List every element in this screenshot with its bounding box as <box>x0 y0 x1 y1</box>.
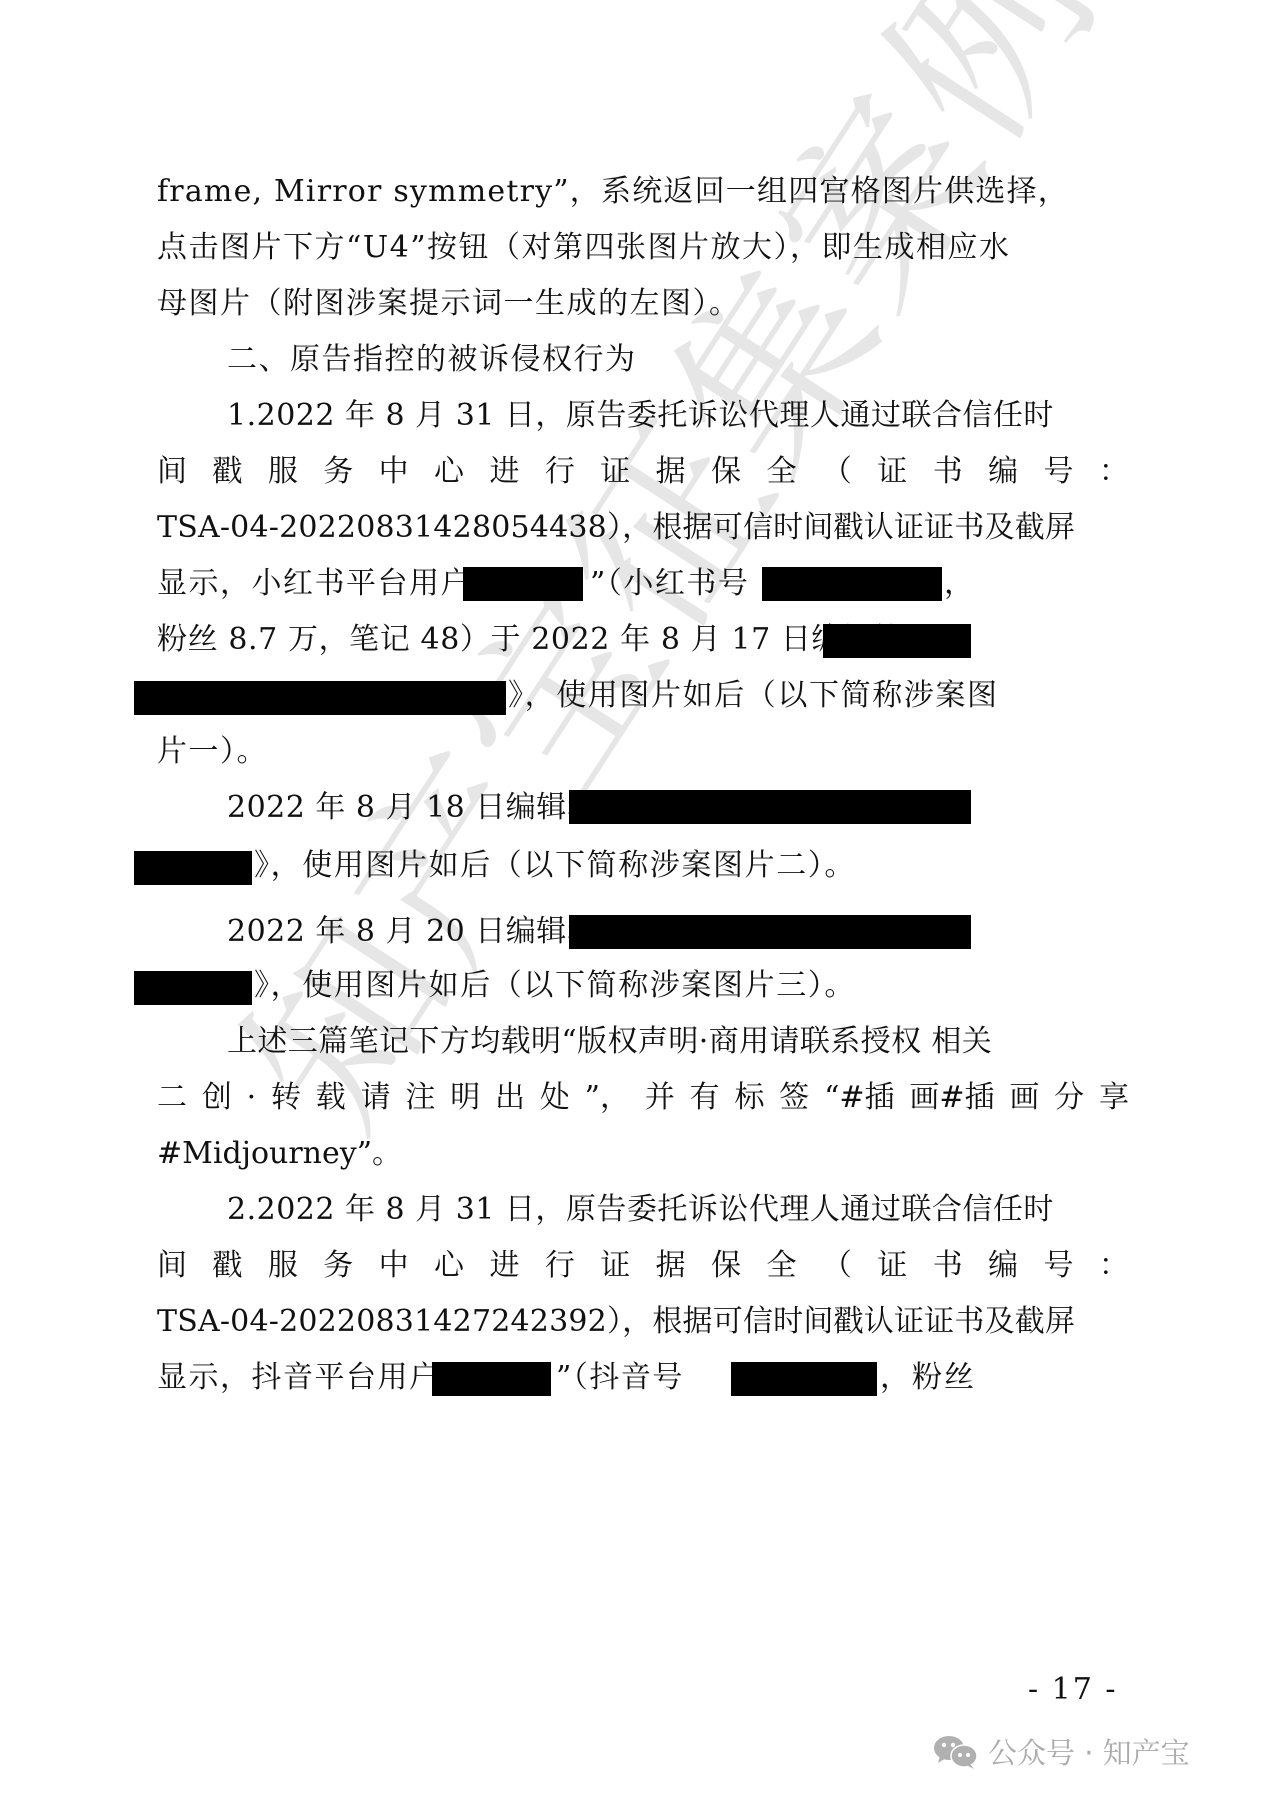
char: 证 <box>600 452 630 492</box>
char: 心 <box>434 1246 464 1286</box>
page-number: - 17 - <box>1028 1670 1118 1710</box>
char: 请 <box>361 1078 391 1118</box>
char: 戳 <box>212 452 242 492</box>
redaction-box <box>731 1362 877 1396</box>
char: 明 <box>450 1078 480 1118</box>
text-line: 上述三篇笔记下方均载明“版权声明·商用请联系授权 相关 <box>227 1022 1129 1062</box>
char: 画#插 <box>909 1078 994 1118</box>
char: 处 <box>540 1078 570 1118</box>
char: 行 <box>545 452 575 492</box>
char: ”， <box>585 1078 630 1118</box>
redaction-box <box>463 567 583 601</box>
char: 转 <box>271 1078 301 1118</box>
char: 戳 <box>212 1246 242 1286</box>
char: 证 <box>877 452 907 492</box>
text-line: 母图片（附图涉案提示词一生成的左图）。 <box>157 284 1129 324</box>
char: 并 <box>645 1078 675 1118</box>
document-page: 知产宝征集案例 frame, Mirror symmetry”，系统返回一组四宫… <box>0 0 1280 1810</box>
char: 证 <box>600 1246 630 1286</box>
text-segment: ，粉丝 <box>880 1358 980 1398</box>
char: 出 <box>495 1078 525 1118</box>
text-line: TSA-04-20220831427242392），根据可信时间戳认证证书及截屏 <box>157 1302 1129 1342</box>
char: 创 <box>202 1078 232 1118</box>
char: 载 <box>316 1078 346 1118</box>
char: “#插 <box>824 1078 894 1118</box>
char: 间 <box>157 452 187 492</box>
char: 分 <box>1054 1078 1084 1118</box>
text-segment: 显示，小红书平台用户“ <box>157 566 489 601</box>
text-segment: 》，使用图片如后（以下简称涉案图 <box>508 676 978 716</box>
spaced-text-line: 二 创 · 转 载 请 注 明 出 处 ”， 并 有 标 签 “#插 画#插 画… <box>157 1078 1129 1118</box>
char: ： <box>1099 452 1129 492</box>
redaction-box <box>134 851 252 885</box>
char: 二 <box>157 1078 187 1118</box>
text-segment: 》，使用图片如后（以下简称涉案图片二）。 <box>254 846 974 886</box>
char: （ <box>822 452 852 492</box>
char: 心 <box>434 452 464 492</box>
char: 行 <box>545 1246 575 1286</box>
text-line: 2.2022 年 8 月 31 日，原告委托诉讼代理人通过联合信任时 <box>227 1190 1129 1230</box>
char: 签 <box>779 1078 809 1118</box>
char: 证 <box>877 1246 907 1286</box>
text-segment: ”（抖音号 <box>556 1358 716 1398</box>
char: 保 <box>711 452 741 492</box>
text-line: frame, Mirror symmetry”，系统返回一组四宫格图片供选择， <box>157 172 1129 212</box>
char: 标 <box>734 1078 764 1118</box>
section-heading: 二、原告指控的被诉侵权行为 <box>227 340 1129 380</box>
char: ： <box>1099 1246 1129 1286</box>
char: 保 <box>711 1246 741 1286</box>
char: 全 <box>766 452 796 492</box>
char: 编 <box>988 1246 1018 1286</box>
text-line: #Midjourney”。 <box>157 1134 1129 1174</box>
redaction-box <box>569 915 971 949</box>
text-line: 点击图片下方“U4”按钮（对第四张图片放大），即生成相应水 <box>157 228 1129 268</box>
redaction-box <box>432 1362 551 1396</box>
char: 进 <box>489 1246 519 1286</box>
char: 务 <box>323 1246 353 1286</box>
text-segment: ， <box>944 564 984 604</box>
char: 据 <box>656 1246 686 1286</box>
text-line: 片一）。 <box>157 732 1129 772</box>
redaction-box <box>762 567 942 601</box>
char: 画 <box>1009 1078 1039 1118</box>
char: 据 <box>656 452 686 492</box>
redaction-box <box>823 624 971 658</box>
char: （ <box>822 1246 852 1286</box>
text-line: TSA-04-20220831428054438），根据可信时间戳认证证书及截屏 <box>157 508 1129 548</box>
char: 注 <box>405 1078 435 1118</box>
char: 务 <box>323 452 353 492</box>
char: 服 <box>268 1246 298 1286</box>
char: 中 <box>379 1246 409 1286</box>
char: 号 <box>1044 1246 1074 1286</box>
char: 间 <box>157 1246 187 1286</box>
char: 号 <box>1044 452 1074 492</box>
footer-brand-text: 公众号 · 知产宝 <box>988 1731 1190 1772</box>
char: 中 <box>379 452 409 492</box>
redaction-box <box>134 681 506 715</box>
char: 全 <box>766 1246 796 1286</box>
char: 进 <box>489 452 519 492</box>
text-segment: 》，使用图片如后（以下简称涉案图片三）。 <box>254 966 974 1006</box>
char: 享 <box>1099 1078 1129 1118</box>
char: 服 <box>268 452 298 492</box>
redaction-box <box>569 790 971 824</box>
text-segment: ”（小红书号 <box>590 564 770 604</box>
wechat-icon <box>932 1734 980 1770</box>
char: 书 <box>933 1246 963 1286</box>
text-line: 1.2022 年 8 月 31 日，原告委托诉讼代理人通过联合信任时 <box>227 396 1129 436</box>
text-line: 粉丝 8.7 万，笔记 48）于 2022 年 8 月 17 日编辑笔 <box>157 620 1129 660</box>
footer-brand: 公众号 · 知产宝 <box>932 1731 1190 1772</box>
spaced-text-line: 间 戳 服 务 中 心 进 行 证 据 保 全 （ 证 书 编 号 ： <box>157 452 1129 492</box>
char: 编 <box>988 452 1018 492</box>
redaction-box <box>134 971 252 1005</box>
char: 有 <box>690 1078 720 1118</box>
char: · <box>247 1078 257 1118</box>
spaced-text-line: 间 戳 服 务 中 心 进 行 证 据 保 全 （ 证 书 编 号 ： <box>157 1246 1129 1286</box>
char: 书 <box>933 452 963 492</box>
